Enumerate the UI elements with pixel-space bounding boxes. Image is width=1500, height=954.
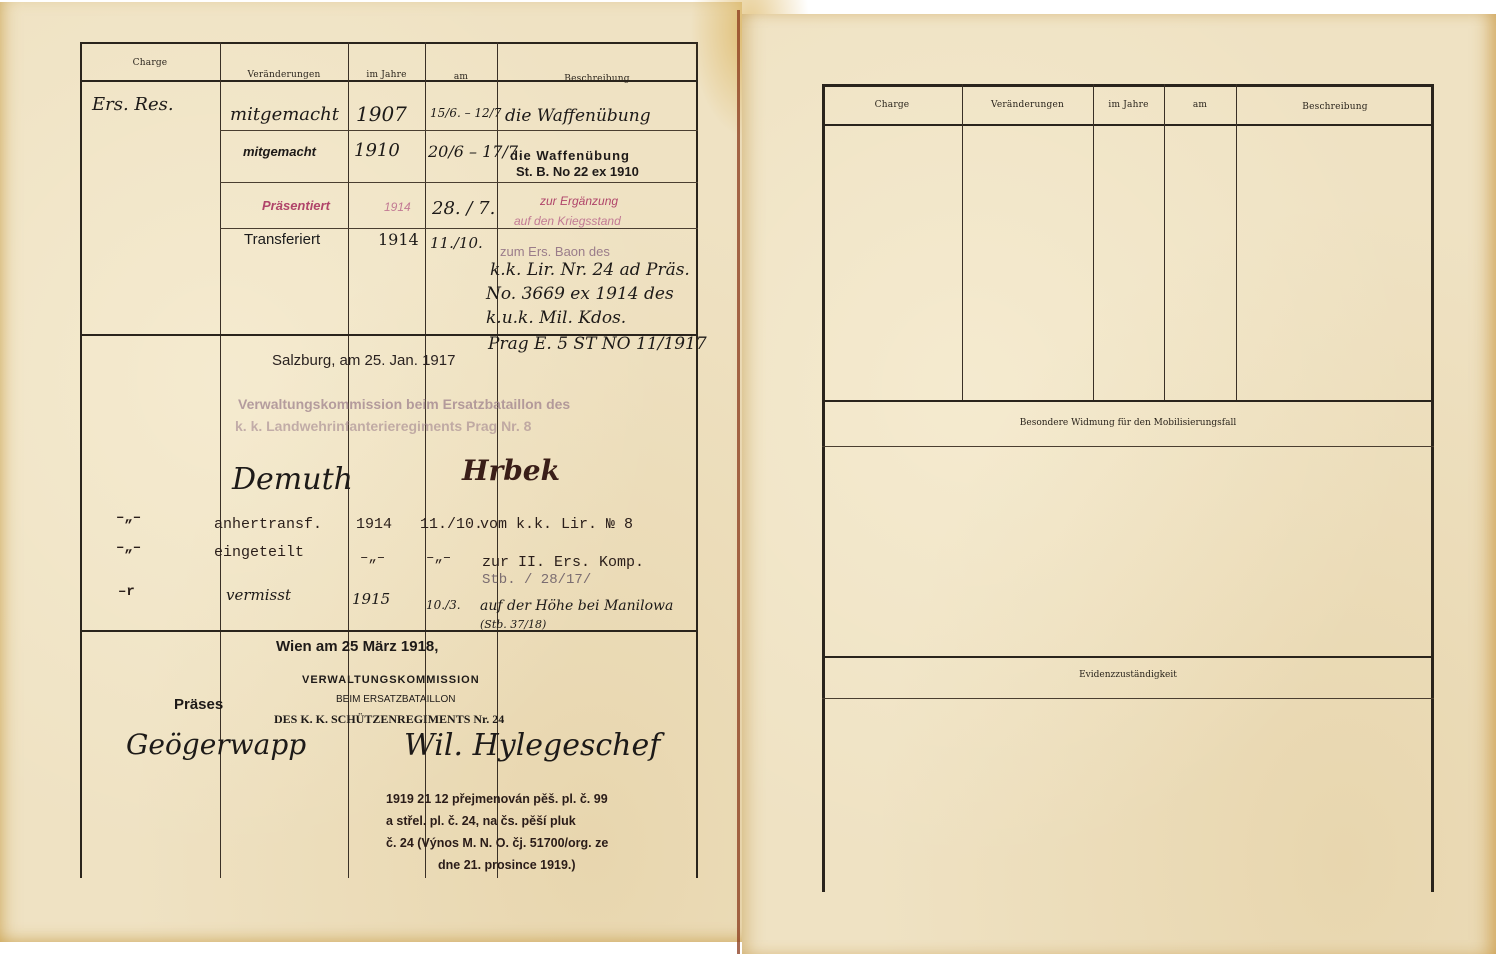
- later-1-date: 11./10.: [420, 516, 483, 533]
- czech-note-line-3: č. 24 (Výnos M. N. O. čj. 51700/org. ze: [386, 836, 608, 850]
- right-section-rule-4: [822, 698, 1434, 699]
- left-header-charge: Charge: [80, 58, 220, 68]
- wien-date-line: Wien am 25 März 1918,: [276, 638, 438, 655]
- entry-4-description-4: k.u.k. Mil. Kdos.: [486, 308, 626, 328]
- entry-1-date: 15/6. – 12/7: [430, 106, 501, 120]
- row-rule-3: [220, 228, 698, 229]
- entry-3-date: 28. / 7.: [432, 198, 495, 219]
- commission-stamp-line-1: Verwaltungskommission beim Ersatzbataill…: [238, 396, 570, 412]
- left-page: Charge Veränderungen im Jahre am Beschre…: [0, 2, 742, 942]
- charge-value: Ers. Res.: [92, 94, 174, 115]
- book-gutter: [737, 10, 740, 954]
- praeses-label: Präses: [174, 696, 223, 713]
- later-2-year: –„–: [360, 550, 385, 566]
- czech-note-line-2: a střel. pl. č. 24, na čs. pěší pluk: [386, 814, 576, 828]
- right-section-rule-2: [822, 446, 1434, 447]
- right-record-table: [822, 84, 1434, 892]
- kommission-stamp-regiment: DES K. K. SCHÜTZENREGIMENTS Nr. 24: [274, 712, 504, 727]
- later-1-year: 1914: [356, 516, 392, 533]
- right-section-rule-3: [822, 656, 1434, 658]
- left-header-date: am: [425, 72, 497, 82]
- entry-2-description-ref: St. B. No 22 ex 1910: [516, 164, 639, 179]
- entry-4-description-2: k.k. Lir. Nr. 24 ad Präs.: [490, 260, 690, 280]
- entry-4-description-5: Prag E. 5 ST NO 11/1917: [488, 334, 707, 354]
- czech-note-line-4: dne 21. prosince 1919.): [438, 858, 576, 872]
- section-rule-2: [80, 630, 698, 632]
- entry-1-year: 1907: [356, 102, 407, 126]
- right-section-rule-1: [822, 400, 1434, 402]
- entry-1-description: die Waffenübung: [505, 106, 651, 126]
- right-header-rule: [822, 124, 1434, 126]
- left-header-description: Beschreibung: [497, 74, 697, 84]
- right-header-changes: Veränderungen: [962, 100, 1093, 110]
- later-2-change: eingeteilt: [214, 544, 304, 561]
- signature-demuth: Demuth: [232, 462, 353, 497]
- entry-3-description-2: auf den Kriegsstand: [514, 214, 621, 228]
- entry-1-change: mitgemacht: [230, 104, 339, 125]
- salzburg-date-line: Salzburg, am 25. Jan. 1917: [272, 352, 455, 369]
- signature-hrbek: Hrbek: [462, 454, 560, 487]
- later-3-change: vermisst: [226, 586, 291, 604]
- later-1-charge: –„–: [116, 510, 141, 526]
- left-header-changes: Veränderungen: [220, 70, 348, 80]
- right-header-year: im Jahre: [1093, 100, 1164, 110]
- right-col-divider-3: [1164, 84, 1165, 402]
- right-page: Charge Veränderungen im Jahre am Beschre…: [742, 14, 1496, 954]
- entry-2-change: mitgemacht: [243, 144, 316, 159]
- signature-second: Wil. Hylegeschef: [404, 728, 660, 763]
- later-3-year: 1915: [352, 590, 390, 608]
- entry-2-description: die Waffenübung: [510, 148, 630, 163]
- right-col-divider-4: [1236, 84, 1237, 402]
- entry-4-date: 11./10.: [430, 234, 483, 252]
- entry-3-change: Präsentiert: [262, 198, 330, 213]
- kommission-stamp-beim: BEIM ERSATZBATAILLON: [336, 694, 455, 705]
- entry-3-description: zur Ergänzung: [540, 194, 618, 208]
- right-header-description: Beschreibung: [1236, 102, 1434, 112]
- later-3-charge: –r: [118, 584, 135, 600]
- later-2-charge: –„–: [116, 540, 141, 556]
- later-3-description: auf der Höhe bei Manilowa: [480, 598, 673, 614]
- entry-4-description-3: No. 3669 ex 1914 des: [486, 284, 674, 304]
- left-header-year: im Jahre: [348, 70, 425, 80]
- later-2-date: –„–: [426, 550, 451, 566]
- czech-note-line-1: 1919 21 12 přejmenován pěš. pl. č. 99: [386, 792, 608, 806]
- evidence-section-label: Evidenzzuständigkeit: [822, 670, 1434, 680]
- right-header-charge: Charge: [822, 100, 962, 110]
- later-1-change: anhertransf.: [214, 516, 322, 533]
- left-col-divider-2: [348, 42, 349, 878]
- later-2-description: zur II. Ers. Komp.: [482, 554, 644, 571]
- entry-2-date: 20/6 – 17/7.: [428, 142, 523, 161]
- right-col-divider-2: [1093, 84, 1094, 402]
- entry-4-description: zum Ers. Baon des: [500, 244, 610, 259]
- entry-2-year: 1910: [354, 140, 400, 161]
- kommission-stamp-title: VERWALTUNGSKOMMISSION: [302, 674, 480, 686]
- commission-stamp-line-2: k. k. Landwehrinfanterieregiments Prag N…: [235, 418, 531, 434]
- right-header-date: am: [1164, 100, 1236, 110]
- row-rule-2: [220, 182, 698, 183]
- entry-4-change: Transferiert: [244, 231, 320, 248]
- mobilization-section-label: Besondere Widmung für den Mobilisierungs…: [822, 418, 1434, 428]
- later-3-date: 10./3.: [426, 598, 461, 612]
- record-book-spread: Charge Veränderungen im Jahre am Beschre…: [0, 0, 1500, 954]
- entry-4-year: 1914: [378, 230, 419, 249]
- signature-praeses: Geögerwapp: [126, 728, 306, 761]
- entry-3-year: 1914: [384, 200, 411, 214]
- later-1-description: vom k.k. Lir. № 8: [480, 516, 633, 533]
- later-2-description-ref: Stb. / 28/17/: [482, 572, 591, 588]
- row-rule-1: [220, 130, 698, 131]
- right-col-divider-1: [962, 84, 963, 402]
- later-3-description-ref: (Stb. 37/18): [480, 618, 546, 631]
